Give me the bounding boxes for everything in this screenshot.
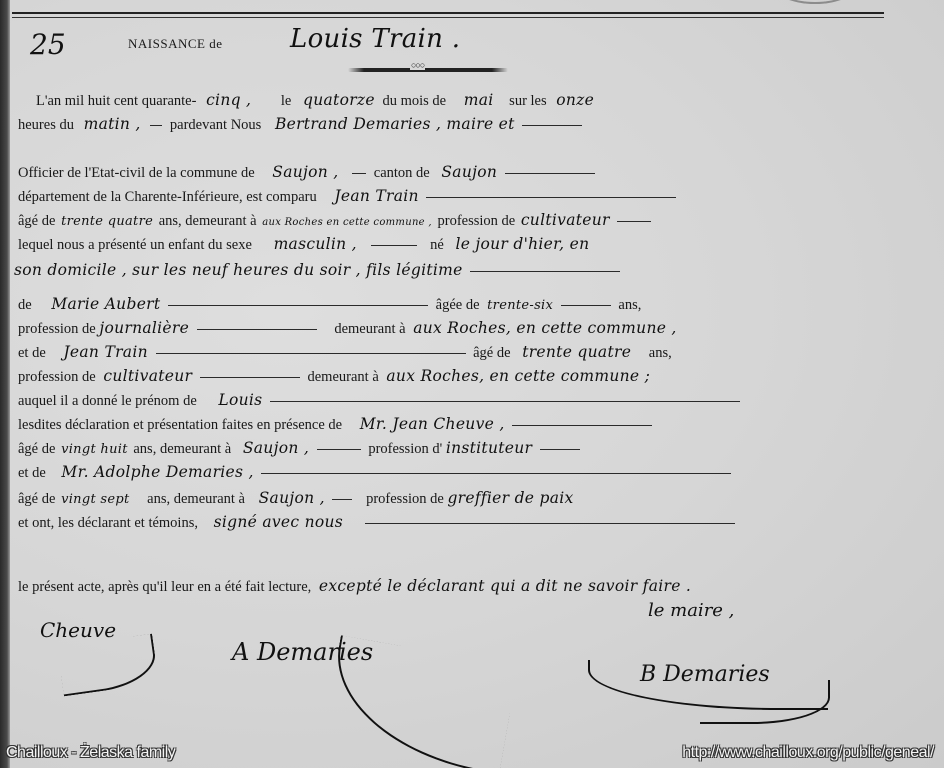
page-binding-edge [0,0,10,768]
signature-witness-cheuve: Cheuve [40,618,116,642]
line-child-sex: lequel nous a présenté un enfant du sexe… [18,232,589,256]
signature-flourish [322,635,518,768]
watermark-family: Chailloux - Żelaska family [6,744,175,762]
line-father-profession: profession de cultivateur demeurant à au… [18,364,650,388]
line-mother: de Marie Aubert âgée de trente-six ans, [18,292,641,316]
line-mother-profession: profession de journalière demeurant à au… [18,316,677,340]
line-comparu: département de la Charente-Inférieure, e… [18,184,680,208]
mayor-label: le maire , [648,600,734,621]
watermark-url: http://www.chailloux.org/public/geneal/ [682,744,934,762]
line-signed: et ont, les déclarant et témoins, signé … [18,510,739,534]
line-date: L'an mil huit cent quarante- cinq , le q… [36,88,594,112]
line-witness1-age: âgé de vingt huit ans, demeurant à Saujo… [18,436,584,460]
line-commune: Officier de l'Etat-civil de la commune d… [18,160,599,184]
line-witnesses: lesdites déclaration et présentation fai… [18,412,656,436]
line-birth-place: son domicile , sur les neuf heures du so… [14,258,624,282]
entry-number: 25 [30,28,66,61]
line-witness2: et de Mr. Adolphe Demaries , [18,460,735,484]
title-printed: NAISSANCE de [128,36,222,52]
signature-flourish [57,634,159,697]
line-father-age: âgé de trente quatre ans, demeurant à au… [18,208,655,232]
line-officer: heures du matin , pardevant Nous Bertran… [18,112,586,136]
line-prenom: auquel il a donné le prénom de Louis [18,388,744,412]
line-witness2-age: âgé de vingt sept ans, demeurant à Saujo… [18,486,574,510]
top-double-rule [12,12,884,18]
title-ornament [348,68,508,72]
signature-flourish [700,680,830,724]
title-handwritten-name: Louis Train . [290,24,460,54]
line-lecture: le présent acte, après qu'il leur en a é… [18,574,691,598]
stamp-mark [770,0,860,4]
scanned-document: 25 NAISSANCE de Louis Train . L'an mil h… [0,0,944,768]
line-father: et de Jean Train âgé de trente quatre an… [18,340,672,364]
